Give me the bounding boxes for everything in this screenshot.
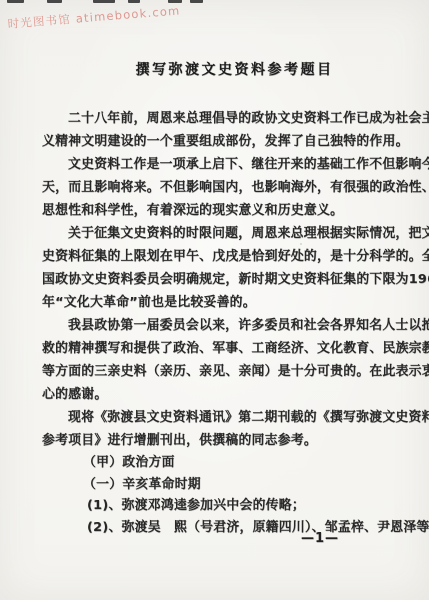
scan-speck <box>352 115 355 117</box>
ink-mark <box>93 0 115 3</box>
page-number: —1— <box>0 531 429 546</box>
ink-mark <box>47 0 62 3</box>
text-line: 心的感谢。 <box>42 383 409 406</box>
text-line: 关于征集文史资料的时限问题，周恩来总理根据实际情况，把文 <box>42 222 409 245</box>
text-line: 年“文化大革命”前也是比较妥善的。 <box>42 291 409 314</box>
section-heading: （甲）政治方面 <box>42 452 409 474</box>
text-line: 参考项目》进行增删刊出，供撰稿的同志参考。 <box>42 429 409 452</box>
text-line: 天，而且影响将来。不但影响国内，也影响海外，有很强的政治性、 <box>42 176 409 199</box>
ink-mark <box>7 0 24 3</box>
text-line: 文史资料工作是一项承上启下、继往开来的基础工作不但影响今 <box>42 153 409 176</box>
scan-speck <box>300 243 302 245</box>
ink-mark <box>128 0 140 3</box>
text-line: 救的精神撰写和提供了政治、军事、工商经济、文化教育、民族宗教 <box>42 337 409 360</box>
text-line: 二十八年前，周恩来总理倡导的政协文史资料工作已成为社会主 <box>42 107 409 130</box>
text-line: 史资料征集的上限划在甲午、戊戌是恰到好处的，是十分科学的。全 <box>42 245 409 268</box>
text-line: 等方面的三亲史料（亲历、亲见、亲闻）是十分可贵的。在此表示衷 <box>42 360 409 383</box>
ink-mark <box>190 0 203 3</box>
text-line: 我县政协第一届委员会以来，许多委员和社会各界知名人士以抢 <box>42 314 409 337</box>
library-watermark: 时光图书馆 atimebook.com <box>7 2 181 32</box>
scanned-document-page: 时光图书馆 atimebook.com 撰写弥渡文史资料参考题目 二十八年前，周… <box>0 0 429 600</box>
text-line: 国政协文史资料委员会明确规定，新时期文史资料征集的下限为1966 <box>42 268 409 291</box>
text-line: 义精神文明建设的一个重要组成部份，发挥了自己独特的作用。 <box>42 130 409 153</box>
scan-edge-artifacts <box>0 0 429 6</box>
subsection-heading: （一）辛亥革命时期 <box>42 474 409 496</box>
text-line: 现将《弥渡县文史资料通讯》第二期刊载的《撰写弥渡文史资料 <box>42 406 409 429</box>
text-line: 思想性和科学性，有着深远的现实意义和历史意义。 <box>42 199 409 222</box>
document-title: 撰写弥渡文史资料参考题目 <box>40 59 429 79</box>
list-item: (1)、弥渡邓鸿逵参加兴中会的传略； <box>42 495 409 517</box>
document-body: 二十八年前，周恩来总理倡导的政协文史资料工作已成为社会主 义精神文明建设的一个重… <box>42 107 409 538</box>
